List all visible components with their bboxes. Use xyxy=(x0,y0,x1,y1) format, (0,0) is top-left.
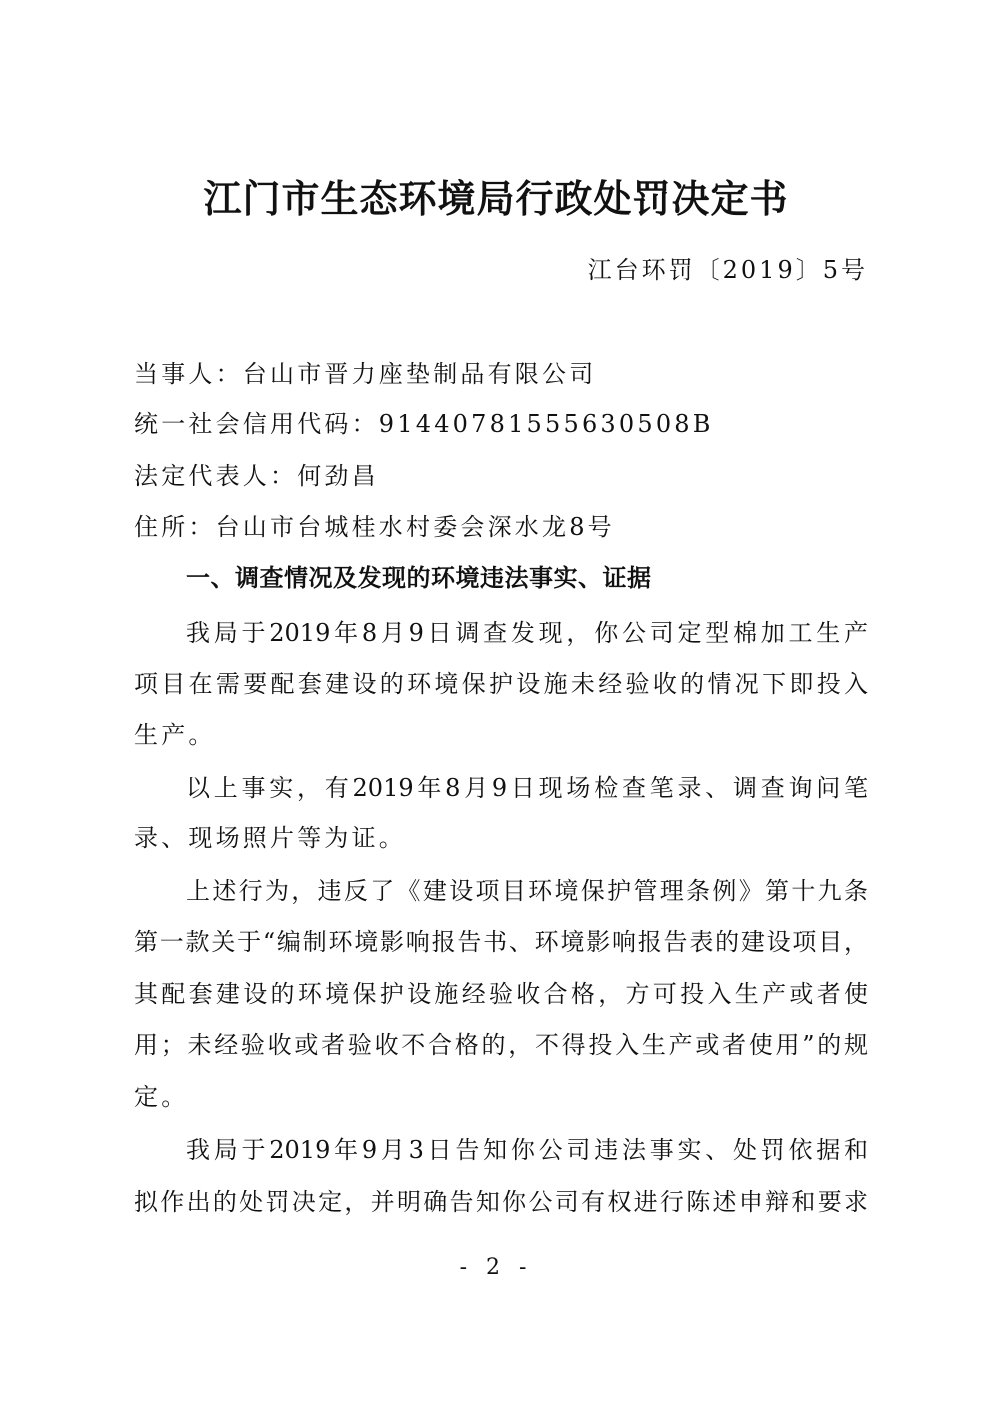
paragraph-line: 录、现场照片等为证。 xyxy=(134,820,868,856)
party-name-line: 当事人：台山市晋力座垫制品有限公司 xyxy=(134,356,868,392)
paragraph-line: 拟作出的处罚决定，并明确告知你公司有权进行陈述申辩和要求 xyxy=(134,1184,868,1220)
paragraph-line: 其配套建设的环境保护设施经验收合格，方可投入生产或者使 xyxy=(134,976,868,1012)
paragraph-line: 我局于2019年9月3日告知你公司违法事实、处罚依据和 xyxy=(186,1132,868,1168)
paragraph-line: 用；未经验收或者验收不合格的，不得投入生产或者使用”的规 xyxy=(134,1027,868,1063)
page-number: - 2 - xyxy=(0,1255,992,1280)
address-line: 住所：台山市台城桂水村委会深水龙8号 xyxy=(134,509,868,545)
paragraph-line: 第一款关于“编制环境影响报告书、环境影响报告表的建设项目， xyxy=(134,924,868,960)
paragraph-line: 我局于2019年8月9日调查发现，你公司定型棉加工生产 xyxy=(186,615,868,651)
paragraph-line: 上述行为，违反了《建设项目环境保护管理条例》第十九条 xyxy=(186,873,868,909)
document-title: 江门市生态环境局行政处罚决定书 xyxy=(0,168,992,223)
paragraph-line: 以上事实，有2019年8月9日现场检查笔录、调查询问笔 xyxy=(186,770,868,806)
paragraph-line: 项目在需要配套建设的环境保护设施未经验收的情况下即投入 xyxy=(134,666,868,702)
credit-code-line: 统一社会信用代码：91440781555630508B xyxy=(134,406,868,442)
paragraph-line: 定。 xyxy=(134,1079,868,1115)
section-heading-investigation: 一、调查情况及发现的环境违法事实、证据 xyxy=(186,560,868,596)
paragraph-line: 生产。 xyxy=(134,717,868,753)
document-page: 江门市生态环境局行政处罚决定书 江台环罚〔2019〕5号 当事人：台山市晋力座垫… xyxy=(0,0,992,1403)
legal-representative-line: 法定代表人：何劲昌 xyxy=(134,458,868,494)
document-number: 江台环罚〔2019〕5号 xyxy=(588,250,868,285)
